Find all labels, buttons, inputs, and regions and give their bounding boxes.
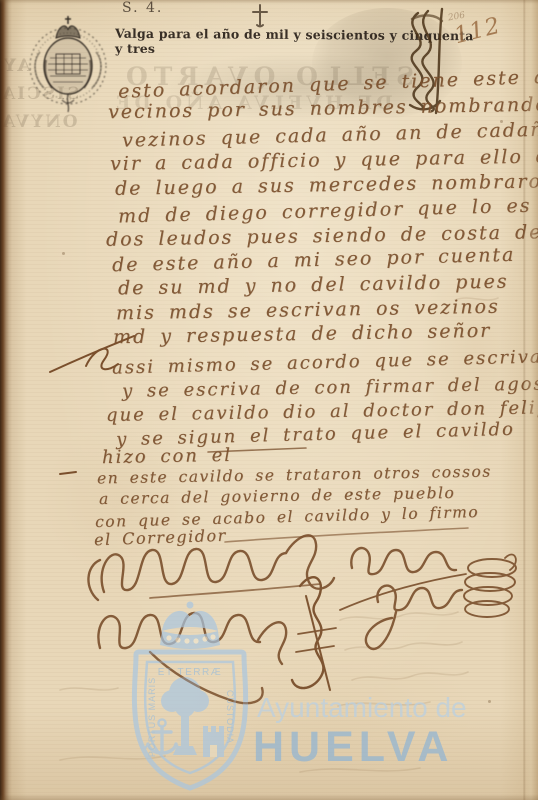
dust-speck (62, 252, 65, 255)
dust-speck (350, 492, 353, 495)
dust-speck (500, 120, 503, 123)
manuscript-page: SELLO QVARTO DE HVELVA AÑO DE AY SISCIA … (0, 0, 538, 800)
page-edge-top (0, 0, 538, 4)
signature-overlap-strokes (0, 0, 538, 800)
binding-edge (0, 0, 12, 800)
dust-speck (488, 700, 491, 703)
page-edge-bottom (0, 794, 538, 800)
page-edge-crease (523, 0, 538, 800)
